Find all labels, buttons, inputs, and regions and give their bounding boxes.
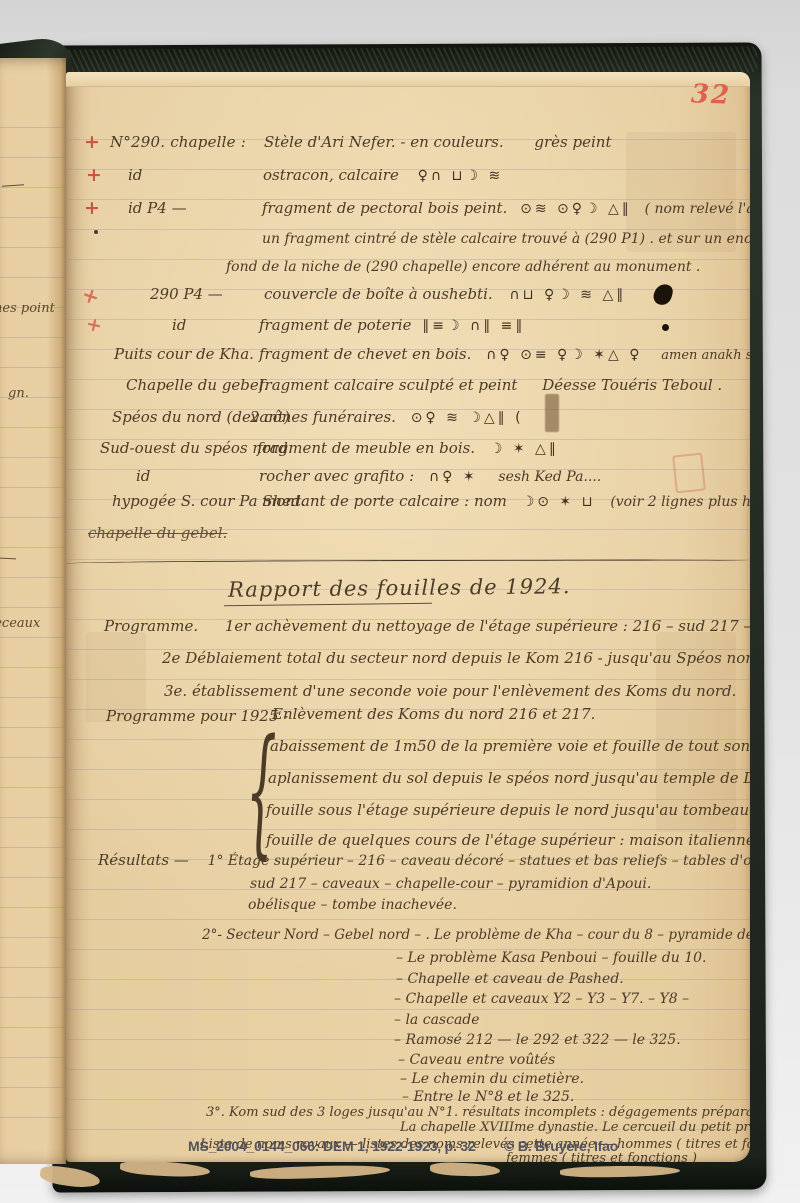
previous-page-edge: mènes point gn. receaux [0,58,66,1164]
resultats-dash-item: – la cascade [394,1013,480,1028]
programme-1925-item: abaissement de 1m50 de la première voie … [270,738,750,755]
margin-fragment: receaux [0,616,40,631]
hieroglyphs-sketch: ∩♀ ⊙≡ ♀☽ ✶△ ♀ [486,347,642,363]
hieroglyphs-sketch: ♀∩ ⊔☽ ≋ [418,168,504,184]
inventory-row-struck: chapelle du gebel. [88,525,227,542]
row-extra: amen anakh son [661,348,750,363]
inventory-row-desc: montant de porte calcaire : nom ☽⊙ ✶ ⊔ (… [262,493,750,510]
inventory-row-desc: fragment calcaire sculpté et peint Déess… [259,377,722,394]
inventory-row-desc: fragment de chevet en bois. ∩♀ ⊙≡ ♀☽ ✶△ … [259,346,750,363]
item-text: – Chapelle et caveau de Pashed. [396,971,624,987]
row-label: Puits cour de Kha. [114,345,254,363]
inventory-row: + [86,165,102,186]
inventory-row-label: 290 P4 — [150,286,223,303]
programme-item: 2e Déblaiement total du secteur nord dep… [162,649,750,667]
notebook-page: 32 + N°290. chapelle : Stèle d'Ari Nefer… [66,72,750,1162]
programme-label: Programme. [104,617,198,635]
hieroglyphs-sketch: ☽⊙ ✶ ⊔ [522,494,596,510]
item-text: – la cascade [394,1012,480,1028]
red-cross-mark: + [84,131,100,153]
row-label: id [172,316,186,334]
red-cross-mark: + [84,197,100,219]
item-text: La chapelle XVIIIme dynastie. Le cercuei… [400,1120,750,1135]
item-text: – Caveau entre voûtés [398,1052,555,1068]
row-desc: fragment calcaire sculpté et peint [259,376,517,394]
programme-1925-item: aplanissement du sol depuis le spéos nor… [268,770,750,787]
red-cross-mark: + [86,164,102,186]
item-text: fouille de quelques cours de l'étage sup… [266,831,750,849]
archive-caption: MS_2004_0144_066: DEM 1, 1922-1923, p. 3… [188,1138,476,1154]
row-label: id P4 — [128,199,187,217]
programme-line: 2e Déblaiement total du secteur nord dep… [162,650,750,667]
resultats-line: Résultats — 1° Étage supérieur – 216 – c… [98,852,750,869]
hieroglyphs-sketch: ∥≡☽ ∩∥ ≡∥ [422,318,525,334]
item-text: – Chapelle et caveaux Y2 – Y3 – Y7. – Y8… [394,991,689,1007]
item-text: – Ramosé 212 — le 292 et 322 — le 325. [394,1032,681,1048]
inventory-row-desc: fragment de meuble en bois. ☽ ✶ △∥ [257,440,559,457]
row-desc: fragment de chevet en bois. [259,345,471,363]
inventory-row-label: Puits cour de Kha. [114,346,254,363]
margin-fragment: mènes point [0,301,55,316]
row-extra: grès peint [534,133,611,151]
report-title: Rapport des fouilles de 1924. [228,575,571,602]
row-desc: fragment de meuble en bois. [257,439,475,457]
inventory-row-label: id [172,317,186,334]
row-desc: couvercle de boîte à oushebti. [264,285,493,303]
inventory-row-desc: rocher avec grafito : ∩♀ ✶ sesh Ked Pa..… [259,468,601,485]
archive-credit: © B. Bruyère, Ifao [504,1138,618,1154]
inventory-row: + [84,132,100,153]
ink-blob [652,282,675,307]
resultats-dash-item: – Caveau entre voûtés [398,1053,555,1068]
inventory-row: + [82,284,100,307]
page-number: 32 [690,79,731,110]
row-extra: Déesse Touéris Teboul . [542,376,722,394]
page-top-edge [66,72,750,87]
hieroglyphs-sketch: ∩⊔ ♀☽ ≋ △∥ [509,287,626,303]
ink-divider-line [66,559,750,565]
programme-1925-item: Enlèvement des Koms du nord 216 et 217. [272,706,595,723]
item-text: aplanissement du sol depuis le spéos nor… [268,769,750,787]
inventory-continuation: un fragment cintré de stèle calcaire tro… [262,232,750,247]
row-desc: montant de porte calcaire : nom [262,492,507,510]
resultats-dash-item: – Ramosé 212 — le 292 et 322 — le 325. [394,1033,681,1048]
item-text: Enlèvement des Koms du nord 216 et 217. [272,705,595,723]
row-label: id [128,166,142,184]
programme-item: 1er achèvement du nettoyage de l'étage s… [225,617,750,635]
hieroglyphs-sketch: ⊙≋ ⊙♀☽ △∥ [520,201,632,217]
row-label: N°290. chapelle : [110,133,246,151]
row-desc: fragment de pectoral bois peint. [262,199,507,217]
row-text: un fragment cintré de stèle calcaire tro… [262,231,750,247]
programme-1925-item: fouille sous l'étage supérieure depuis l… [266,802,750,819]
inventory-row: + [84,198,100,219]
inventory-row-label: N°290. chapelle : [110,134,246,151]
row-extra: (voir 2 lignes plus haut) [610,494,750,510]
resultats-dash-item: – Le problème Kasa Penboui – fouille du … [396,951,706,966]
inventory-row: + [86,315,102,336]
resultats-item: obélisque – tombe inachevée. [248,897,457,913]
resultats-dash-item: – Le chemin du cimetière. [400,1072,584,1087]
hieroglyphs-sketch: ∩♀ ✶ [429,469,478,485]
resultats-line: La chapelle XVIIIme dynastie. Le cercuei… [400,1121,750,1135]
archive-id: MS_2004_0144_066: DEM 1, 1922-1923, p. 3… [188,1138,476,1154]
resultats-line: obélisque – tombe inachevée. [248,898,457,913]
row-note: ( nom relevé l'an dernier sur [645,201,750,217]
ink-dot [94,230,98,234]
programme-line: Programme. 1er achèvement du nettoyage d… [104,618,750,635]
inventory-row-label: id P4 — [128,200,187,217]
credit-text: © B. Bruyère, Ifao [504,1138,618,1154]
inventory-row-desc: fragment de poterie ∥≡☽ ∩∥ ≡∥ [259,317,525,334]
previous-page-ruled-lines [0,98,66,1118]
inventory-row-desc: fragment de pectoral bois peint. ⊙≋ ⊙♀☽ … [262,200,750,217]
item-text: fouille sous l'étage supérieure depuis l… [266,801,750,819]
ink-dot [662,324,669,331]
item-text: 3°. Kom sud des 3 loges jusqu'au N°1. ré… [206,1105,750,1120]
inventory-row-label: id [128,167,142,184]
inventory-row-desc: 2 cônes funéraires. ⊙♀ ≋ ☽△∥ ( [250,409,524,426]
row-desc: ostracon, calcaire [263,166,399,184]
ink-smudge [545,394,559,432]
inventory-row-label: Chapelle du gebel. [126,377,268,394]
inventory-row-desc: ostracon, calcaire ♀∩ ⊔☽ ≋ [263,167,503,184]
faint-red-stamp [672,453,706,494]
resultats-item: 1° Étage supérieur – 216 – caveau décoré… [208,853,750,869]
programme-line: 3e. établissement d'une seconde voie pou… [164,683,736,700]
resultats-line: 2°- Secteur Nord – Gebel nord – . Le pro… [202,928,750,943]
row-desc: fragment de poterie [259,316,411,334]
resultats-dash-item: – Chapelle et caveaux Y2 – Y3 – Y7. – Y8… [394,992,689,1007]
inventory-row-label: id [136,468,150,485]
hieroglyphs-sketch: ⊙♀ ≋ ☽△∥ ( [411,410,524,426]
red-cross-mark: + [79,282,103,309]
resultats-label: Résultats — [98,851,189,869]
row-label: 290 P4 — [150,285,223,303]
hieroglyphs-sketch: ☽ ✶ △∥ [490,441,559,457]
row-desc: Stèle d'Ari Nefer. - en couleurs. [264,133,504,151]
row-desc: rocher avec grafito : [259,467,414,485]
resultats-item: sud 217 – caveaux – chapelle-cour – pyra… [250,876,651,892]
item-text: – Entre le N°8 et le 325. [402,1089,574,1105]
programme-item: 3e. établissement d'une seconde voie pou… [164,682,736,700]
resultats-line: sud 217 – caveaux – chapelle-cour – pyra… [250,877,651,892]
item-text: – Le chemin du cimetière. [400,1071,584,1087]
row-label: id [136,467,150,485]
red-cross-mark: + [84,314,104,338]
item-text: – Le problème Kasa Penboui – fouille du … [396,950,706,966]
inventory-continuation: fond de la niche de (290 chapelle) encor… [226,260,700,275]
row-desc: 2 cônes funéraires. [250,408,396,426]
title-underline [224,603,432,607]
resultats-line: 3°. Kom sud des 3 loges jusqu'au N°1. ré… [206,1106,750,1120]
row-label: Chapelle du gebel. [126,376,268,394]
row-label-struck: chapelle du gebel. [88,524,227,542]
item-text: abaissement de 1m50 de la première voie … [270,737,750,755]
programme-1925-item: fouille de quelques cours de l'étage sup… [266,832,750,849]
resultats-dash-item: – Chapelle et caveau de Pashed. [396,972,624,987]
inventory-row-desc: couvercle de boîte à oushebti. ∩⊔ ♀☽ ≋ △… [264,286,626,303]
row-extra: sesh Ked Pa.... [498,469,601,485]
inventory-row-desc: Stèle d'Ari Nefer. - en couleurs. grès p… [264,134,612,151]
row-text: fond de la niche de (290 chapelle) encor… [226,259,700,275]
resultats-item: 2°- Secteur Nord – Gebel nord – . Le pro… [202,927,750,943]
resultats-dash-item: – Entre le N°8 et le 325. [402,1090,574,1105]
report-title-text: Rapport des fouilles de 1924. [228,574,571,602]
margin-fragment: gn. [8,386,29,401]
